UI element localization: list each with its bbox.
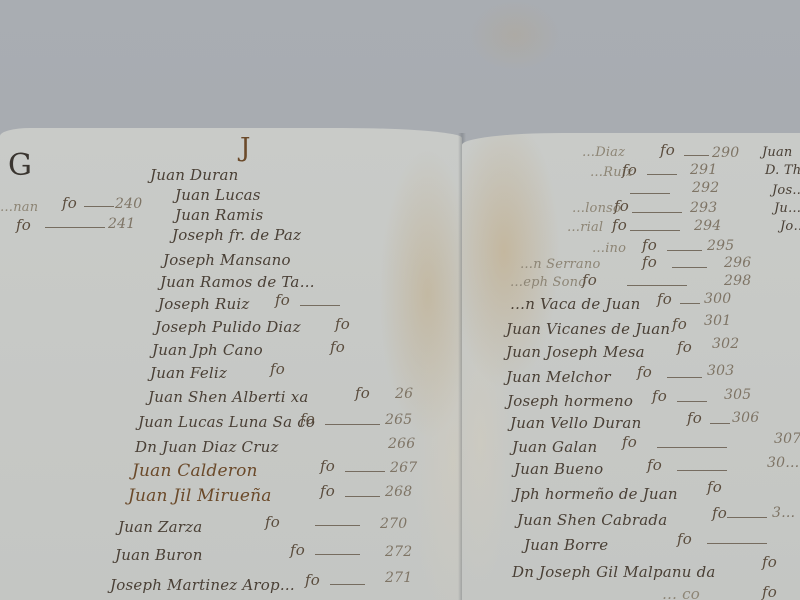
- entry-name: Jph hormeño de Juan: [514, 485, 678, 503]
- leader-line: [45, 227, 105, 228]
- page-number: 3…: [772, 505, 795, 521]
- page-number: 306: [732, 410, 759, 426]
- leader-line: [325, 424, 380, 425]
- entry-name: Juan Joseph Mesa: [506, 343, 645, 361]
- open-ledger: G J …nan fo 240 fo 241 Juan Duran Juan L…: [0, 125, 800, 600]
- entry-name: Juan Shen Cabrada: [517, 511, 667, 529]
- folio-mark: fo: [355, 384, 370, 402]
- leader-line: [667, 250, 702, 251]
- entry-name: Juan Calderon: [132, 461, 258, 481]
- entry-name: …Diaz: [582, 145, 625, 160]
- page-number: 291: [690, 162, 717, 178]
- leader-line: [667, 377, 702, 378]
- page-number: 307: [774, 431, 800, 447]
- page-number: 292: [692, 180, 719, 196]
- page-number: 294: [694, 218, 721, 234]
- entry-name: Juan Shen Alberti xa: [148, 388, 309, 406]
- folio-mark: fo: [300, 410, 315, 428]
- folio-mark: fo: [707, 478, 722, 496]
- entry-name: Juan Ramos de Ta…: [160, 273, 315, 291]
- folio-mark: fo: [712, 504, 727, 522]
- entry-name: Juan Buron: [115, 546, 203, 564]
- leader-line: [710, 423, 730, 424]
- page-number: 300: [704, 291, 731, 307]
- entry-name: Juan Duran: [150, 166, 239, 184]
- page-number: 267: [390, 460, 417, 476]
- page-number: 296: [724, 255, 751, 271]
- folio-mark: fo: [335, 315, 350, 333]
- page-number: 301: [704, 313, 731, 329]
- entry-name: … co: [662, 585, 700, 600]
- water-stain: [462, 133, 582, 600]
- folio-mark: fo: [16, 216, 31, 234]
- leader-line: [727, 517, 767, 518]
- leader-line: [657, 447, 727, 448]
- folio-mark: fo: [672, 315, 687, 333]
- folio-mark: fo: [622, 433, 637, 451]
- leader-line: [680, 303, 700, 304]
- folio-mark: fo: [762, 583, 777, 600]
- folio-mark: fo: [330, 338, 345, 356]
- entry-name: Dn Joseph Gil Malpanu da: [512, 563, 716, 581]
- entry-name: Joseph Ruiz: [158, 295, 250, 313]
- folio-mark: fo: [305, 571, 320, 589]
- section-letter-j: J: [240, 133, 251, 163]
- page-number: 268: [385, 484, 412, 500]
- page-number: 265: [385, 412, 412, 428]
- page-number: 30…: [767, 455, 799, 471]
- edge-fragment: D. Th…: [765, 163, 800, 178]
- page-number: 271: [385, 570, 412, 586]
- page-number: 290: [712, 145, 739, 161]
- entry-name: …ino: [592, 241, 626, 256]
- folio-mark: fo: [265, 513, 280, 531]
- page-number: 272: [385, 544, 412, 560]
- folio-mark: fo: [762, 553, 777, 571]
- page-number: 305: [724, 387, 751, 403]
- leader-line: [677, 470, 727, 471]
- folio-mark: fo: [622, 161, 637, 179]
- entry-name: Joseph hormeno: [507, 392, 633, 410]
- entry-name: Joseph Mansano: [163, 251, 291, 269]
- folio-mark: fo: [320, 457, 335, 475]
- leader-line: [84, 206, 114, 207]
- page-number: 295: [707, 238, 734, 254]
- entry-name: Juan Lucas: [175, 186, 261, 204]
- page-number: 303: [707, 363, 734, 379]
- page-number: 293: [690, 200, 717, 216]
- leader-line: [630, 230, 680, 231]
- entry-name: Juan Jph Cano: [152, 341, 263, 359]
- page-number: 302: [712, 336, 739, 352]
- entry-name: …rial: [567, 220, 603, 235]
- folio-mark: fo: [320, 482, 335, 500]
- right-page: …Diaz fo 290 …Ruiz fo 291 292 …lonso fo …: [462, 133, 800, 600]
- folio-mark: fo: [270, 360, 285, 378]
- folio-mark: fo: [612, 216, 627, 234]
- leader-line: [684, 155, 709, 156]
- page-number: 26: [395, 386, 413, 402]
- fragment-name: …nan: [0, 200, 38, 215]
- folio-mark: fo: [677, 338, 692, 356]
- entry-name: Dn Juan Diaz Cruz: [135, 438, 279, 456]
- leader-line: [315, 554, 360, 555]
- entry-name: Joseph Pulido Diaz: [155, 318, 301, 336]
- folio-mark: fo: [660, 141, 675, 159]
- entry-name: Juan Vello Duran: [510, 414, 641, 432]
- edge-fragment: Jos…: [772, 183, 800, 198]
- leader-line: [632, 212, 682, 213]
- entry-name: Juan Jil Mirueña: [128, 486, 272, 506]
- leader-line: [647, 174, 677, 175]
- left-page: G J …nan fo 240 fo 241 Juan Duran Juan L…: [0, 128, 462, 600]
- entry-name: Juan Galan: [512, 438, 597, 456]
- leader-line: [677, 401, 707, 402]
- folio-mark: fo: [290, 541, 305, 559]
- folio-mark: fo: [642, 253, 657, 271]
- entry-name: …eph Sono: [510, 275, 586, 290]
- entry-name: …n Vaca de Juan: [510, 295, 640, 313]
- leader-line: [300, 305, 340, 306]
- page-number: 298: [724, 273, 751, 289]
- edge-fragment: Juan: [762, 145, 793, 160]
- leader-line: [330, 584, 365, 585]
- folio-mark: fo: [275, 291, 290, 309]
- entry-name: Joseph Martinez Arop…: [110, 576, 295, 594]
- entry-name: Juan Lucas Luna Sa co: [138, 413, 315, 431]
- entry-name: Juan Feliz: [150, 364, 227, 382]
- folio-mark: fo: [677, 530, 692, 548]
- entry-name: Juan Bueno: [514, 460, 603, 478]
- leader-line: [345, 496, 380, 497]
- entry-name: Juan Zarza: [118, 518, 202, 536]
- leader-line: [707, 543, 767, 544]
- leader-line: [315, 525, 360, 526]
- page-number: 266: [388, 436, 415, 452]
- folio-mark: fo: [642, 236, 657, 254]
- folio-mark: fo: [614, 197, 629, 215]
- folio-mark: fo: [657, 290, 672, 308]
- page-number: 270: [380, 516, 407, 532]
- entry-name: Juan Melchor: [506, 368, 611, 386]
- entry-name: …n Serrano: [520, 257, 600, 272]
- entry-name: Juan Borre: [524, 536, 608, 554]
- page-number: 240: [115, 196, 142, 212]
- folio-mark: fo: [582, 271, 597, 289]
- entry-name: Juan Vicanes de Juan: [506, 320, 670, 338]
- leader-line: [672, 267, 707, 268]
- folio-mark: fo: [652, 387, 667, 405]
- folio-mark: fo: [637, 363, 652, 381]
- edge-fragment: Ju…: [774, 201, 800, 216]
- entry-name: Joseph fr. de Paz: [172, 226, 301, 244]
- folio-mark: fo: [647, 456, 662, 474]
- leader-line: [627, 285, 687, 286]
- edge-fragment: Jo…: [780, 219, 800, 234]
- leader-line: [345, 471, 385, 472]
- entry-name: Juan Ramis: [175, 206, 263, 224]
- folio-mark: fo: [62, 194, 77, 212]
- leader-line: [630, 193, 670, 194]
- section-letter-g: G: [8, 148, 32, 183]
- background-stain: [470, 0, 560, 70]
- page-number: 241: [108, 216, 135, 232]
- folio-mark: fo: [687, 409, 702, 427]
